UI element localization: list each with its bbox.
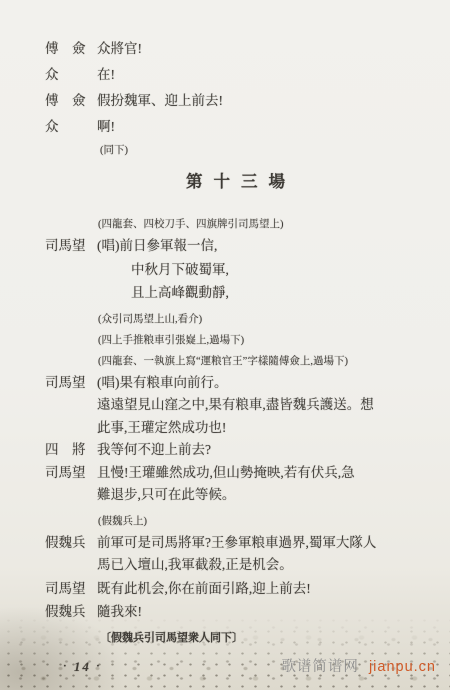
speaker-name: 假魏兵 [45,601,97,624]
lyric-line: 且上高峰觀動靜, [45,281,426,305]
stage-direction: (同下) [45,140,426,162]
script-line: 司馬望 (唱)果有粮車向前行。 [45,372,426,395]
scanned-page: 傅 僉 众將官! 众 在! 傅 僉 假扮魏軍、迎上前去! 众 啊! (同下) 第… [0,0,450,690]
dialogue-text: 前軍可是司馬將軍?王參軍粮車過界,蜀軍大隊人 [97,532,426,555]
script-line: 司馬望 (唱)前日參軍報一信, [45,235,426,258]
dialogue-text: 啊! [97,114,426,140]
site-watermark: 歌谱简谱网 jianpu.cn [281,655,436,676]
stage-direction: (四龍套、四校刀手、四旗牌引司馬望上) [45,214,426,235]
page-number-dot: · [63,660,69,672]
speaker-name: 司馬望 [45,235,97,258]
speaker-name: 傅 僉 [45,36,97,62]
dialogue-continuation: 難退步,只可在此等候。 [45,484,426,507]
page-number-value: 14 [74,659,91,674]
script-line: 假魏兵 隨我來! [45,601,426,624]
lyric-line: 中秋月下破蜀軍, [45,258,426,282]
dialogue-text: 众將官! [97,36,426,62]
stage-direction: (四龍套、一執旗上寫“運粮官王”字樣隨傅僉上,過場下) [45,351,426,372]
speaker-name: 司馬望 [45,462,97,485]
dialogue-text: 既有此机会,你在前面引路,迎上前去! [97,577,426,601]
script-line: 司馬望 既有此机会,你在前面引路,迎上前去! [45,577,426,601]
dialogue-text: 且慢!王瓘雖然成功,但山勢掩映,若有伏兵,急 [97,462,426,485]
watermark-site-url: jianpu.cn [369,659,436,675]
dialogue-text: 我等何不迎上前去? [97,439,426,462]
dialogue-continuation: 馬已入壇山,我軍截殺,正是机会。 [45,554,426,577]
dialogue-text: (唱)果有粮車向前行。 [97,372,426,395]
script-line: 四 將 我等何不迎上前去? [45,439,426,462]
stage-direction: (四上手推粮車引張嶷上,過場下) [45,330,426,351]
script-line: 假魏兵 前軍可是司馬將軍?王參軍粮車過界,蜀軍大隊人 [45,532,426,555]
script-line: 司馬望 且慢!王瓘雖然成功,但山勢掩映,若有伏兵,急 [45,462,426,485]
speaker-name: 众 [45,62,97,88]
dialogue-continuation: 遠遠望見山窪之中,果有粮車,盡皆魏兵護送。想 [45,394,426,417]
speaker-name: 司馬望 [45,372,97,395]
speaker-name: 假魏兵 [45,532,97,555]
script-line: 众 啊! [45,114,426,140]
dialogue-continuation: 此事,王瓘定然成功也! [45,417,426,440]
stage-direction-final: 〔假魏兵引司馬望衆人同下〕 [45,625,426,651]
stage-direction: (众引司馬望上山,看介) [45,309,426,330]
script-line: 傅 僉 众將官! [45,36,426,62]
speaker-name: 傅 僉 [45,88,97,114]
speaker-name: 众 [45,114,97,140]
watermark-site-name: 歌谱简谱网 [281,659,359,675]
speaker-name: 司馬望 [45,577,97,601]
stage-direction: (假魏兵上) [45,511,426,532]
dialogue-text: 在! [97,62,426,88]
script-content: 傅 僉 众將官! 众 在! 傅 僉 假扮魏軍、迎上前去! 众 啊! (同下) 第… [0,0,450,675]
speaker-name: 四 將 [45,439,97,462]
dialogue-text: (唱)前日參軍報一信, [97,235,426,258]
script-line: 众 在! [45,62,426,88]
scene-title: 第十三場 [45,170,426,194]
dialogue-text: 假扮魏軍、迎上前去! [97,88,426,114]
page-number-dot: · [96,660,102,672]
script-line: 傅 僉 假扮魏軍、迎上前去! [45,88,426,114]
dialogue-text: 隨我來! [97,601,426,624]
